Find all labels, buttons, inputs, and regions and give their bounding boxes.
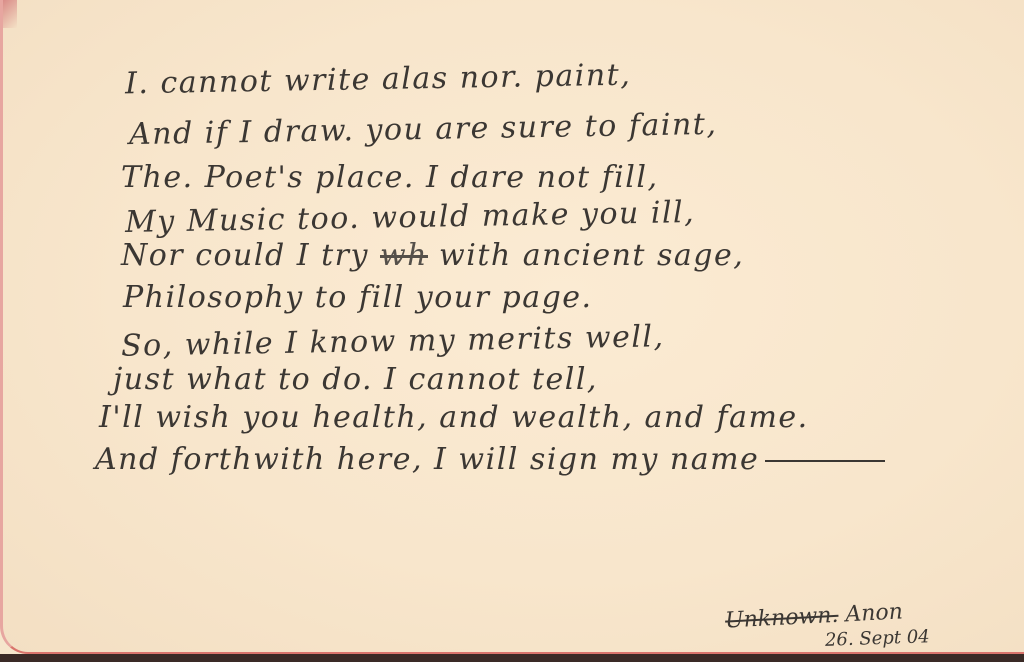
poem: I. cannot write alas nor. paint, And if … [3, 0, 1024, 654]
poem-line-1: I. cannot write alas nor. paint, [125, 58, 632, 102]
signature-anon: Anon [845, 599, 904, 627]
poem-line-2: And if I draw. you are sure to faint, [129, 107, 718, 152]
poem-line-9: I'll wish you health, and wealth, and fa… [99, 400, 809, 435]
poem-line-7: So, while I know my merits well, [121, 319, 665, 363]
signature-dash [765, 460, 885, 462]
poem-line-3: The. Poet's place. I dare not fill, [121, 160, 659, 195]
signature-date: 26. Sept 04 [825, 626, 930, 651]
poem-line-5: Nor could I try wh with ancient sage, [121, 238, 744, 273]
poem-line-5-end: with ancient sage, [439, 238, 744, 273]
struck-word: wh [380, 238, 428, 273]
poem-line-4: My Music too. would make you ill, [125, 195, 696, 240]
poem-line-5-start: Nor could I try [121, 238, 369, 273]
poem-line-8: just what to do. I cannot tell, [113, 362, 598, 397]
poem-line-6: Philosophy to fill your page. [123, 280, 593, 315]
poem-line-10-text: And forthwith here, I will sign my name [95, 442, 759, 477]
page-bottom-edge [0, 654, 1024, 662]
poem-line-10: And forthwith here, I will sign my name [95, 442, 885, 477]
album-page: I. cannot write alas nor. paint, And if … [0, 0, 1024, 654]
